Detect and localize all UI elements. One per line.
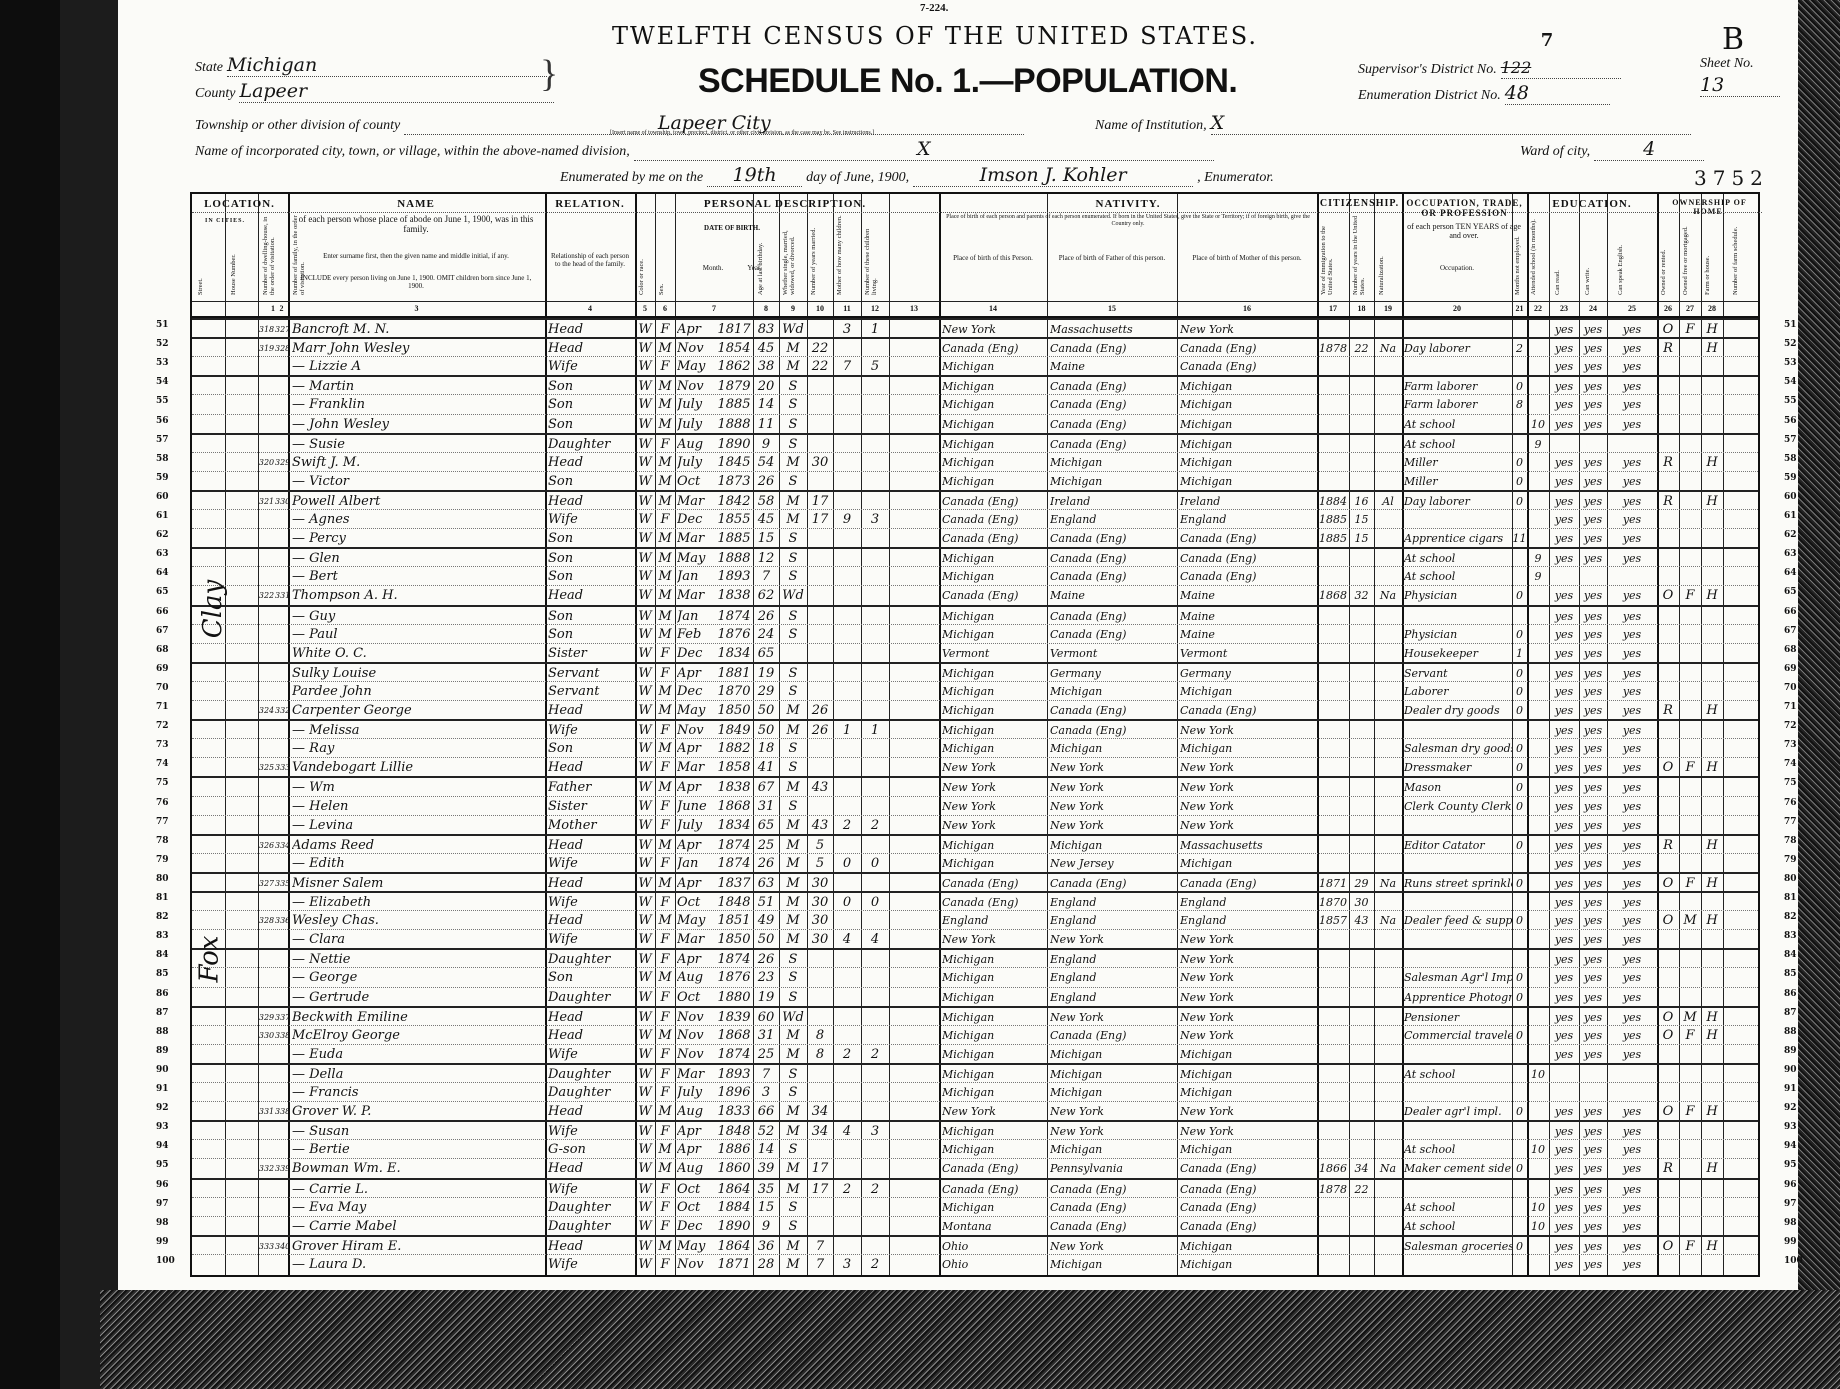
cell-free (1679, 395, 1701, 414)
cell-owned: O (1657, 586, 1679, 605)
cell-father: England (1050, 968, 1177, 987)
line-number-left: 78 (156, 836, 169, 846)
cell-living (861, 644, 889, 663)
cell-relation: Sister (548, 644, 634, 663)
cell-unemp (1512, 1255, 1527, 1274)
table-row: White O. C.SisterWFDec183465VermontVermo… (192, 643, 1758, 663)
cell-month: July (677, 816, 715, 835)
line-number-right: 79 (1784, 855, 1797, 865)
township-note: [Insert name of township, town, precinct… (610, 130, 874, 136)
cell-father: New York (1050, 758, 1177, 777)
cell-mother-of (833, 472, 861, 491)
cell-owned (1657, 1198, 1679, 1217)
cell-birth: Michigan (942, 1140, 1047, 1159)
cell-mother: New York (1180, 988, 1317, 1007)
cell-write: yes (1579, 415, 1607, 434)
cell-sex: M (655, 453, 675, 472)
cell-read: yes (1549, 682, 1579, 701)
cell-color: W (635, 472, 655, 491)
cell-speak: yes (1607, 682, 1657, 701)
cell-father: Pennsylvania (1050, 1159, 1177, 1178)
left-brace: } (540, 52, 558, 96)
cell-yrs-married (807, 1083, 833, 1102)
cell-living (861, 453, 889, 472)
table-row: 324332Carpenter GeorgeHeadWMMay185050M26… (192, 700, 1758, 720)
cell-name: — Carrie Mabel (292, 1217, 544, 1236)
cell-owned (1657, 644, 1679, 663)
cell-read: yes (1549, 625, 1579, 644)
sheet-number-field: Sheet No. 13 (1700, 56, 1780, 97)
cell-birth: New York (942, 816, 1047, 835)
cell-occupation: At school (1404, 1140, 1512, 1159)
header-months-unemployed: Months not employed. (1514, 212, 1521, 295)
cell-natur (1374, 988, 1402, 1007)
cell-yrs-married (807, 644, 833, 663)
line-number-right: 86 (1784, 989, 1797, 999)
cell-mother: New York (1180, 816, 1317, 835)
cell-unemp: 8 (1512, 395, 1527, 414)
cell-immig (1317, 1255, 1349, 1274)
table-row: 330338McElroy GeorgeHeadWMNov186831M8Mic… (192, 1025, 1758, 1045)
cell-school (1527, 988, 1549, 1007)
cell-immig (1317, 357, 1349, 376)
cell-immig: 1885 (1317, 510, 1349, 529)
line-number-left: 61 (156, 511, 169, 521)
cell-unemp: 0 (1512, 911, 1527, 930)
cell-yrs-us (1349, 567, 1374, 586)
table-row: 320329Swift J. M.HeadWMJuly184554M30Mich… (192, 452, 1758, 472)
cell-name: — Ray (292, 739, 544, 758)
cell-yrs-us: 34 (1349, 1159, 1374, 1178)
table-row: — MartinSonWMNov187920SMichiganCanada (E… (192, 375, 1758, 396)
table-row: 333340Grover Hiram E.HeadWMMay186436M7Oh… (192, 1235, 1758, 1256)
cell-owned (1657, 968, 1679, 987)
header-living: Number of these children living. (864, 212, 878, 295)
cell-natur (1374, 510, 1402, 529)
cell-family (275, 968, 288, 987)
cell-school (1527, 357, 1549, 376)
cell-speak: yes (1607, 758, 1657, 777)
cell-marital: M (779, 453, 807, 472)
cell-year: 1868 (715, 797, 753, 816)
cell-yrs-us (1349, 1026, 1374, 1045)
line-number-left: 62 (156, 530, 169, 540)
header-house-number: House Number. (230, 212, 237, 295)
cell-dwelling (258, 1255, 275, 1274)
cell-mother-of (833, 1102, 861, 1121)
cell-father: Canada (Eng) (1050, 529, 1177, 548)
county-value: Lapeer (239, 80, 554, 103)
sheet-letter: B (1722, 22, 1744, 57)
cell-speak: yes (1607, 1198, 1657, 1217)
line-number-right: 59 (1784, 473, 1797, 483)
cell-immig (1317, 1045, 1349, 1064)
cell-write: yes (1579, 1217, 1607, 1236)
cell-unemp (1512, 415, 1527, 434)
line-number-right: 100 (1784, 1256, 1803, 1266)
cell-unemp (1512, 854, 1527, 873)
cell-free (1679, 1217, 1701, 1236)
cell-school (1527, 911, 1549, 930)
cell-living (861, 797, 889, 816)
cell-name: — George (292, 968, 544, 987)
cell-unemp: 0 (1512, 758, 1527, 777)
cell-age: 45 (753, 510, 779, 529)
cell-mother-of: 7 (833, 357, 861, 376)
cell-mother: England (1180, 911, 1317, 930)
cell-yrs-us (1349, 395, 1374, 414)
cell-immig (1317, 1140, 1349, 1159)
table-row: — Lizzie AWifeWFMay186238M2275MichiganMa… (192, 356, 1758, 376)
cell-yrs-us (1349, 1198, 1374, 1217)
column-number: 6 (655, 304, 675, 313)
cell-family (275, 472, 288, 491)
cell-year: 1880 (715, 988, 753, 1007)
cell-marital: S (779, 739, 807, 758)
cell-read: yes (1549, 739, 1579, 758)
cell-speak: yes (1607, 415, 1657, 434)
cell-yrs-us (1349, 453, 1374, 472)
cell-relation: Son (548, 395, 634, 414)
header-attended-school: Attended school (in months). (1530, 212, 1537, 295)
cell-natur (1374, 968, 1402, 987)
cell-marital: S (779, 682, 807, 701)
cell-mother: England (1180, 510, 1317, 529)
cell-marital: S (779, 625, 807, 644)
cell-name: — Laura D. (292, 1255, 544, 1274)
cell-owned (1657, 930, 1679, 949)
line-number-left: 74 (156, 759, 169, 769)
cell-natur (1374, 816, 1402, 835)
cell-age: 19 (753, 988, 779, 1007)
cell-free: M (1679, 911, 1701, 930)
cell-dwelling (258, 472, 275, 491)
cell-sex: F (655, 988, 675, 1007)
table-row: — BertieG-sonWMApr188614SMichiganMichiga… (192, 1139, 1758, 1159)
cell-family: 331 (275, 586, 288, 605)
line-number-right: 91 (1784, 1084, 1797, 1094)
cell-owned: O (1657, 758, 1679, 777)
cell-speak (1607, 567, 1657, 586)
line-number-right: 65 (1784, 587, 1797, 597)
header-family: Number of family, in the order of visita… (292, 212, 306, 295)
state-value: Michigan (227, 54, 547, 77)
line-number-right: 95 (1784, 1160, 1797, 1170)
cell-free (1679, 357, 1701, 376)
cell-mother-of: 0 (833, 854, 861, 873)
cell-farm (1701, 1045, 1723, 1064)
cell-free (1679, 739, 1701, 758)
cell-yrs-married: 22 (807, 357, 833, 376)
cell-age: 14 (753, 395, 779, 414)
cell-owned (1657, 816, 1679, 835)
cell-name: — Euda (292, 1045, 544, 1064)
cell-mother-of: 9 (833, 510, 861, 529)
cell-free (1679, 1045, 1701, 1064)
cell-month: July (677, 453, 715, 472)
cell-relation: Daughter (548, 988, 634, 1007)
cell-dwelling (258, 357, 275, 376)
cell-yrs-married: 7 (807, 1255, 833, 1274)
cell-dwelling (258, 988, 275, 1007)
column-number: 2 (275, 304, 288, 313)
cell-school (1527, 644, 1549, 663)
cell-family: 332 (275, 701, 288, 720)
supervisor-label: Supervisor's District No. (1358, 62, 1497, 77)
line-number-left: 100 (156, 1256, 175, 1266)
cell-color: W (635, 510, 655, 529)
table-row: — GuySonWMJan187426SMichiganCanada (Eng)… (192, 605, 1758, 626)
cell-name: Swift J. M. (292, 453, 544, 472)
line-number-right: 78 (1784, 836, 1797, 846)
cell-yrs-married: 26 (807, 701, 833, 720)
cell-birth: Michigan (942, 854, 1047, 873)
line-number-left: 54 (156, 377, 169, 387)
cell-sex: F (655, 930, 675, 949)
cell-dwelling (258, 510, 275, 529)
line-number-left: 84 (156, 950, 169, 960)
cell-year: 1838 (715, 586, 753, 605)
cell-name: — Franklin (292, 395, 544, 414)
cell-year: 1850 (715, 701, 753, 720)
cell-unemp (1512, 357, 1527, 376)
header-nativity: NATIVITY. (939, 198, 1317, 210)
cell-owned: R (1657, 453, 1679, 472)
cell-school: 10 (1527, 1217, 1549, 1236)
line-number-left: 81 (156, 893, 169, 903)
cell-owned (1657, 682, 1679, 701)
cell-read: yes (1549, 816, 1579, 835)
cell-family (275, 739, 288, 758)
cell-month: Oct (677, 1198, 715, 1217)
cell-year: 1850 (715, 930, 753, 949)
cell-relation: Daughter (548, 1198, 634, 1217)
cell-read: yes (1549, 395, 1579, 414)
cell-unemp (1512, 1083, 1527, 1102)
cell-free (1679, 854, 1701, 873)
cell-father: Maine (1050, 357, 1177, 376)
line-number-left: 55 (156, 396, 169, 406)
cell-relation: Mother (548, 816, 634, 835)
cell-sex: M (655, 472, 675, 491)
cell-speak: yes (1607, 472, 1657, 491)
cell-age: 66 (753, 1102, 779, 1121)
cell-marital: M (779, 816, 807, 835)
cell-school (1527, 1255, 1549, 1274)
cell-free (1679, 510, 1701, 529)
cell-relation: Wife (548, 1255, 634, 1274)
cell-farm: H (1701, 911, 1723, 930)
cell-owned (1657, 625, 1679, 644)
cell-family: 338 (275, 1026, 288, 1045)
table-row: Sulky LouiseServantWFApr188119SMichiganG… (192, 662, 1758, 683)
cell-color: W (635, 1255, 655, 1274)
cell-immig (1317, 567, 1349, 586)
cell-occupation: At school (1404, 567, 1512, 586)
cell-yrs-us (1349, 988, 1374, 1007)
cell-unemp: 0 (1512, 1159, 1527, 1178)
cell-unemp: 0 (1512, 988, 1527, 1007)
cell-name: — Paul (292, 625, 544, 644)
cell-color: W (635, 854, 655, 873)
cell-color: W (635, 567, 655, 586)
cell-mother: Canada (Eng) (1180, 701, 1317, 720)
header-year: Year. (737, 264, 772, 272)
cell-dwelling (258, 1140, 275, 1159)
cell-name: Bowman Wm. E. (292, 1159, 544, 1178)
table-row: — VictorSonWMOct187326SMichiganMichiganM… (192, 471, 1758, 491)
cell-dwelling (258, 415, 275, 434)
cell-dwelling (258, 529, 275, 548)
column-number: 9 (779, 304, 807, 313)
cell-speak: yes (1607, 1217, 1657, 1236)
sheet-no-value: 13 (1700, 74, 1780, 97)
cell-father: Vermont (1050, 644, 1177, 663)
cell-living (861, 968, 889, 987)
cell-owned: R (1657, 1159, 1679, 1178)
cell-sex: M (655, 701, 675, 720)
cell-unemp: 0 (1512, 472, 1527, 491)
line-number-left: 72 (156, 721, 169, 731)
cell-owned: O (1657, 1026, 1679, 1045)
cell-birth: Michigan (942, 739, 1047, 758)
cell-year: 1888 (715, 415, 753, 434)
cell-mother: Michigan (1180, 415, 1317, 434)
cell-name: — Percy (292, 529, 544, 548)
cell-name: Vandebogart Lillie (292, 758, 544, 777)
cell-family: 338 (275, 1102, 288, 1121)
cell-father: Maine (1050, 586, 1177, 605)
cell-relation: Head (548, 758, 634, 777)
cell-mother: Michigan (1180, 1083, 1317, 1102)
cell-occupation: At school (1404, 415, 1512, 434)
cell-father: Canada (Eng) (1050, 567, 1177, 586)
cell-birth: Montana (942, 1217, 1047, 1236)
cell-unemp (1512, 930, 1527, 949)
cell-marital: S (779, 968, 807, 987)
cell-immig (1317, 1217, 1349, 1236)
cell-marital: S (779, 395, 807, 414)
cell-month: Mar (677, 529, 715, 548)
cell-name: White O. C. (292, 644, 544, 663)
header-can-speak: Can speak English. (1617, 212, 1624, 295)
cell-occupation (1404, 1255, 1512, 1274)
population-schedule-table: LOCATION. IN CITIES. NAME of each person… (190, 192, 1760, 1277)
cell-write: yes (1579, 816, 1607, 835)
cell-occupation: Salesman dry goods (1404, 739, 1512, 758)
table-row: — FrancisDaughterWFJuly18963SMichiganMic… (192, 1082, 1758, 1102)
cell-dwelling: 330 (258, 1026, 275, 1045)
cell-father: Michigan (1050, 739, 1177, 758)
cell-mother: Vermont (1180, 644, 1317, 663)
cell-free (1679, 1255, 1701, 1274)
table-row: — Eva MayDaughterWFOct188415SMichiganCan… (192, 1197, 1758, 1217)
cell-dwelling (258, 1217, 275, 1236)
cell-marital: S (779, 758, 807, 777)
cell-yrs-us (1349, 625, 1374, 644)
cell-living (861, 529, 889, 548)
enumerator-name: Imson J. Kohler (913, 164, 1193, 187)
cell-name: — Victor (292, 472, 544, 491)
cell-birth: Michigan (942, 472, 1047, 491)
cell-school (1527, 758, 1549, 777)
cell-relation: Son (548, 567, 634, 586)
cell-marital: S (779, 1083, 807, 1102)
table-row: — GlenSonWMMay188812SMichiganCanada (Eng… (192, 547, 1758, 568)
line-number-left: 76 (156, 798, 169, 808)
cell-age: 15 (753, 529, 779, 548)
column-number: 25 (1607, 304, 1657, 313)
cell-school (1527, 1083, 1549, 1102)
cell-father: New York (1050, 816, 1177, 835)
cell-write: yes (1579, 1255, 1607, 1274)
cell-mother: New York (1180, 1102, 1317, 1121)
cell-dwelling (258, 395, 275, 414)
cell-speak: yes (1607, 911, 1657, 930)
street-name-clay: Clay (198, 580, 228, 638)
cell-immig: 1857 (1317, 911, 1349, 930)
line-number-right: 53 (1784, 358, 1797, 368)
line-number-right: 56 (1784, 416, 1797, 426)
cell-color: W (635, 1140, 655, 1159)
enum-district-label: Enumeration District No. (1358, 88, 1501, 103)
cell-natur (1374, 415, 1402, 434)
line-number-right: 63 (1784, 549, 1797, 559)
cell-read: yes (1549, 1217, 1579, 1236)
cell-school (1527, 1102, 1549, 1121)
cell-write: yes (1579, 472, 1607, 491)
cell-mother: Michigan (1180, 1045, 1317, 1064)
cell-write: yes (1579, 930, 1607, 949)
cell-speak: yes (1607, 701, 1657, 720)
cell-birth: Michigan (942, 395, 1047, 414)
column-number: 22 (1527, 304, 1549, 313)
cell-marital: M (779, 1255, 807, 1274)
cell-natur (1374, 701, 1402, 720)
cell-mother: Canada (Eng) (1180, 1198, 1317, 1217)
cell-color: W (635, 1083, 655, 1102)
cell-school (1527, 453, 1549, 472)
cell-mother-of (833, 758, 861, 777)
cell-name: Pardee John (292, 682, 544, 701)
cell-mother-of (833, 567, 861, 586)
cell-dwelling: 325 (258, 758, 275, 777)
column-number: 18 (1349, 304, 1374, 313)
cell-unemp: 0 (1512, 968, 1527, 987)
cell-marital: M (779, 1026, 807, 1045)
cell-color: W (635, 395, 655, 414)
cell-farm (1701, 1217, 1723, 1236)
cell-natur (1374, 644, 1402, 663)
cell-month: Aug (677, 1102, 715, 1121)
cell-read: yes (1549, 1255, 1579, 1274)
table-row: — LevinaMotherWFJuly183465M4322New YorkN… (192, 815, 1758, 835)
cell-age: 31 (753, 797, 779, 816)
cell-farm (1701, 930, 1723, 949)
cell-immig (1317, 415, 1349, 434)
cell-living (861, 988, 889, 1007)
cell-farm (1701, 472, 1723, 491)
cell-immig (1317, 1026, 1349, 1045)
cell-year: 1862 (715, 357, 753, 376)
cell-farm (1701, 1198, 1723, 1217)
cell-farm: H (1701, 1102, 1723, 1121)
line-number-left: 80 (156, 874, 169, 884)
line-number-right: 54 (1784, 377, 1797, 387)
cell-yrs-married: 8 (807, 1045, 833, 1064)
cell-relation: Sister (548, 797, 634, 816)
cell-month: Jan (677, 854, 715, 873)
